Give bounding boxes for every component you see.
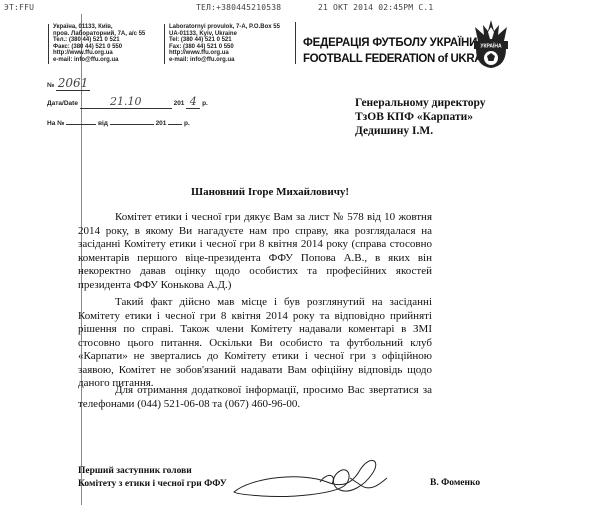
address-line: Україна, 01133, Київ, bbox=[53, 24, 173, 31]
address-email: e-mail: info@ffu.org.ua bbox=[169, 57, 294, 64]
outgoing-number-field: № 2061 bbox=[47, 76, 90, 91]
letterhead-divider bbox=[295, 22, 296, 64]
ref-year-suffix: р. bbox=[184, 120, 190, 127]
svg-text:УКРАЇНА: УКРАЇНА bbox=[480, 43, 502, 50]
ref-number-blank bbox=[66, 117, 96, 125]
year-value: 4 bbox=[186, 95, 200, 109]
signatory-title-line2: Комітету з етики і чесної гри ФФУ bbox=[78, 478, 227, 491]
address-fax: Fax: (380 44) 521 0 550 bbox=[169, 44, 294, 51]
address-english: Laboratornyi provulok, 7-A, P.O.Box 55 U… bbox=[164, 24, 294, 64]
salutation: Шановний Ігоре Михайловичу! bbox=[191, 186, 349, 198]
ref-date-blank bbox=[110, 117, 154, 125]
address-website: http://www.ffu.org.ua bbox=[53, 50, 173, 57]
signatory-title-line1: Перший заступник голови bbox=[78, 465, 227, 478]
ffu-emblem-icon: УКРАЇНА bbox=[471, 19, 511, 69]
org-name-ukrainian: ФЕДЕРАЦІЯ ФУТБОЛУ УКРАЇНИ bbox=[303, 37, 477, 49]
recipient-title: Генеральному директору bbox=[355, 96, 485, 110]
date-field: Дата/Date 21.10 201 4 р. bbox=[47, 95, 208, 109]
address-email: e-mail: info@ffu.org.ua bbox=[53, 57, 173, 64]
address-line: Laboratornyi provulok, 7-A, P.O.Box 55 bbox=[169, 24, 294, 31]
body-paragraph-3: Для отримання додаткової інформації, про… bbox=[78, 384, 432, 411]
number-label: № bbox=[47, 82, 54, 89]
signatory-name: В. Фоменко bbox=[430, 478, 480, 488]
year-prefix: 201 bbox=[174, 100, 185, 107]
year-suffix: р. bbox=[202, 100, 208, 107]
address-fax: Факс: (380 44) 521 0 550 bbox=[53, 44, 173, 51]
address-phone: Тел.: (380 44) 521 0 521 bbox=[53, 37, 173, 44]
recipient-block: Генеральному директору ТзОВ КПФ «Карпати… bbox=[355, 96, 485, 138]
fax-datetime: 21 ОКТ 2014 02:45PM C.1 bbox=[318, 3, 433, 12]
fax-phone: ТЕЛ:+380445210538 bbox=[196, 3, 281, 12]
fax-sender: ЭT:FFU bbox=[4, 3, 34, 12]
ref-year-prefix: 201 bbox=[156, 120, 167, 127]
date-label: Дата/Date bbox=[47, 100, 78, 107]
body-paragraph-1: Комітет етики і чесної гри дякує Вам за … bbox=[78, 211, 432, 292]
address-website: http://www.ffu.org.ua bbox=[169, 50, 294, 57]
address-line: UA-01133, Kyiv, Ukraine bbox=[169, 31, 294, 38]
address-ukrainian: Україна, 01133, Київ, пров. Лабораторний… bbox=[48, 24, 173, 64]
recipient-name: Дедишину І.М. bbox=[355, 124, 485, 138]
reference-field: На № від 201 р. bbox=[47, 117, 190, 127]
ref-label: На № bbox=[47, 120, 64, 127]
handwritten-signature-icon bbox=[232, 452, 392, 502]
signatory-title: Перший заступник голови Комітету з етики… bbox=[78, 465, 227, 491]
ref-year-blank bbox=[168, 117, 182, 125]
recipient-company: ТзОВ КПФ «Карпати» bbox=[355, 110, 485, 124]
number-value: 2061 bbox=[56, 76, 90, 91]
date-value: 21.10 bbox=[80, 95, 172, 109]
address-line: пров. Лабораторний, 7А, а/с 55 bbox=[53, 31, 173, 38]
body-paragraph-2: Такий факт дійсно мав місце і був розгля… bbox=[78, 296, 432, 391]
ref-from-label: від bbox=[98, 120, 108, 127]
address-phone: Tel: (380 44) 521 0 521 bbox=[169, 37, 294, 44]
